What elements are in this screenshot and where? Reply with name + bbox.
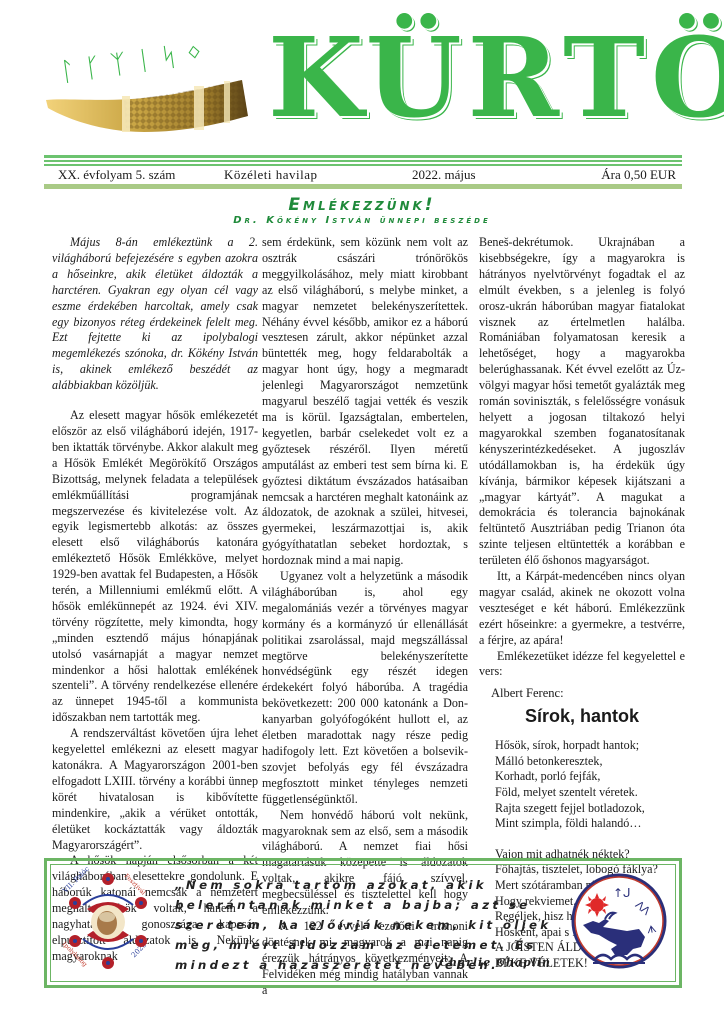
ornament-label-top-left: VII. Palóc	[61, 865, 91, 895]
poem-line: Korhadt, porló fejfák,	[495, 769, 685, 785]
paragraph: Emlékezetüket idézze fel kegyelettel e v…	[479, 649, 685, 681]
poem-line: Föld, melyet szentelt véretek.	[495, 785, 685, 801]
paragraph: sem érdekünk, sem közünk nem volt az osz…	[262, 235, 468, 569]
poem-title: Sírok, hantok	[479, 704, 685, 728]
paragraph: Az elesett magyar hősök emlékezetét elős…	[52, 408, 258, 726]
quote-author: Charlie Chaplin	[439, 956, 551, 969]
folk-ornament-portrait-icon: VII. Palóc Fesztivál Ipolybalog 2020	[53, 865, 163, 977]
divider	[44, 160, 682, 162]
divider	[44, 164, 682, 166]
poem-line: Rajta szegett fejjel botladozok,	[495, 801, 685, 817]
divider	[44, 184, 682, 189]
paragraph: Itt, a Kárpát-medencében nincs olyan mag…	[479, 569, 685, 649]
title-divider	[44, 155, 682, 158]
paragraph: Beneš-dekrétumok. Ukrajnában a kisebbség…	[479, 235, 685, 569]
deer-emblem-icon: ↑ᒍ ᐱᐱ ᗕ	[569, 871, 669, 971]
paragraph: A rendszerváltást követően újra lehet ke…	[52, 726, 258, 853]
paragraph: Ugyanez volt a helyzetünk a második vilá…	[262, 569, 468, 808]
quote-box: VII. Palóc Fesztivál Ipolybalog 2020 „Ne…	[44, 858, 682, 988]
svg-text:↑ᒍ: ↑ᒍ	[613, 886, 631, 900]
issue-type: Közéleti havilap	[224, 167, 318, 183]
poem-line: Hősök, sírok, horpadt hantok;	[495, 738, 685, 754]
stanza-break	[495, 832, 685, 847]
issue-date: 2022. május	[412, 167, 476, 183]
poem-line: Mint szimpla, földi halandó…	[495, 816, 685, 832]
article-headline: Emlékezzünk!	[0, 195, 724, 215]
poem-author: Albert Ferenc:	[491, 686, 685, 702]
masthead: ᛚᚴᛉᛁᛋᛜ KÜRTÖS	[0, 0, 724, 160]
issue-price: Ára 0,50 EUR	[601, 167, 676, 183]
newspaper-title: KÜRTÖS	[268, 18, 724, 138]
article-intro: Május 8-án emlékeztünk a 2. világháború …	[52, 235, 258, 394]
poem-line: Málló betonkeresztek,	[495, 754, 685, 770]
article-column-1: Május 8-án emlékeztünk a 2. világháború …	[52, 235, 258, 965]
article-subheadline: Dr. Kökény István ünnepi beszéde	[0, 215, 724, 226]
issue-info-bar: XX. évfolyam 5. szám Közéleti havilap 20…	[44, 160, 682, 190]
svg-text:Fesztivál: Fesztivál	[123, 873, 147, 897]
issue-volume: XX. évfolyam 5. szám	[58, 167, 175, 183]
